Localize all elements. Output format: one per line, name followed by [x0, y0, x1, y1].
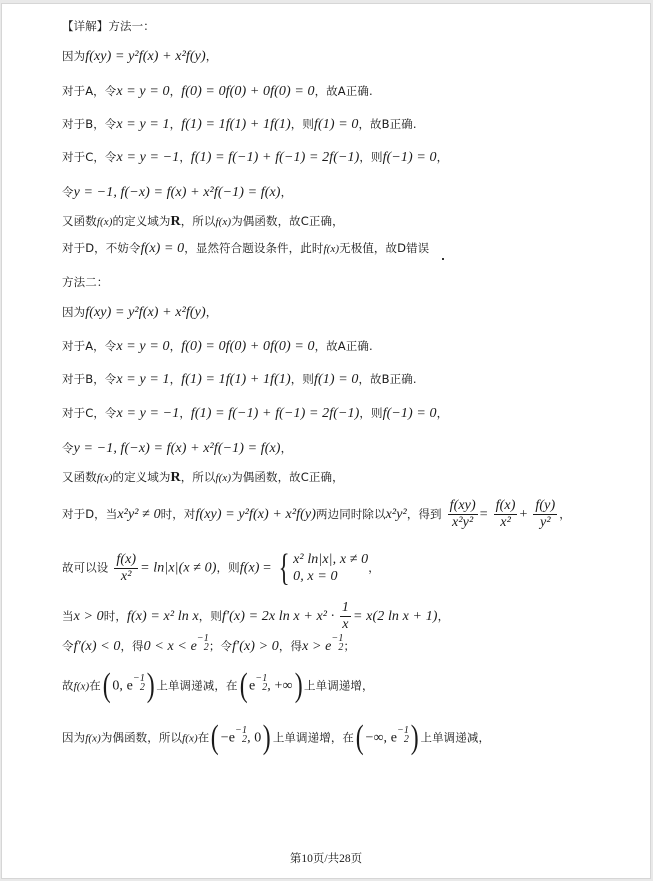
- piecewise-function: {x² ln|x|, x ≠ 00, x = 0: [275, 549, 368, 587]
- page-number-footer: 第10页/共28页: [2, 850, 650, 866]
- section-header: 【详解】方法一：: [62, 18, 155, 34]
- fraction-fxy: f(xy)x²y²: [448, 498, 478, 531]
- fraction-1-over-x: 1x: [340, 600, 351, 633]
- option-c-line-2: 令y = −1, f(−x) = f(x) + x²f(−1) = f(x)，: [62, 184, 292, 201]
- option-a-line-2: 对于A，令x = y = 0，f(0) = 0f(0) + 0f(0) = 0，…: [62, 338, 373, 355]
- option-c-line-4: 对于C，令x = y = −1，f(1) = f(−1) + f(−1) = 2…: [62, 405, 448, 422]
- fraction-fx-over-x2: f(x)x²: [114, 552, 138, 585]
- option-c-line-6: 又函数f(x)的定义域为R，所以f(x)为偶函数，故C正确，: [62, 469, 344, 486]
- premise-line-2: 因为f(xy) = y²f(x) + x²f(y)，: [62, 304, 217, 321]
- monotonic-line: 故f(x)在(0, e−12)上单调递减，在(e−12, +∞)上单调递增，: [62, 669, 374, 703]
- option-c-line-3: 又函数f(x)的定义域为R，所以f(x)为偶函数，故C正确，: [62, 213, 344, 230]
- option-d-divide-line: 对于D，当x²y² ≠ 0时，对f(xy) = y²f(x) + x²f(y)两…: [62, 498, 571, 531]
- fraction-fx: f(x)x²: [494, 498, 518, 531]
- premise-line-1: 因为f(xy) = y²f(x) + x²f(y)，: [62, 48, 217, 65]
- option-b-line-1: 对于B，令x = y = 1，f(1) = 1f(1) + 1f(1)，则f(1…: [62, 116, 417, 133]
- even-function-line: 因为f(x)为偶函数，所以f(x)在(−e−12, 0)上单调递增，在(−∞, …: [62, 721, 490, 755]
- option-d-line-1: 对于D，不妨令f(x) = 0，显然符合题设条件，此时f(x)无极值，故D错误: [62, 240, 429, 257]
- option-b-line-2: 对于B，令x = y = 1，f(1) = 1f(1) + 1f(1)，则f(1…: [62, 371, 417, 388]
- positive-case-line: 当x > 0时，f(x) = x² ln x，则f′(x) = 2x ln x …: [62, 600, 449, 633]
- option-c-line-5: 令y = −1, f(−x) = f(x) + x²f(−1) = f(x)，: [62, 440, 292, 457]
- document-page: 【详解】方法一： 因为f(xy) = y²f(x) + x²f(y)， 对于A，…: [1, 3, 651, 879]
- option-d-set-line: 故可以设 f(x)x²= ln|x|(x ≠ 0)，则f(x) = {x² ln…: [62, 549, 380, 587]
- inequality-line: 令f′(x) < 0，得0 < x < e−12；令f′(x) > 0，得x >…: [62, 634, 355, 655]
- option-a-line-1: 对于A，令x = y = 0，f(0) = 0f(0) + 0f(0) = 0，…: [62, 83, 373, 100]
- fraction-fy: f(y)y²: [533, 498, 557, 531]
- method2-header: 方法二：: [62, 274, 108, 290]
- stray-dot: [442, 258, 444, 260]
- option-c-line-1: 对于C，令x = y = −1，f(1) = f(−1) + f(−1) = 2…: [62, 149, 448, 166]
